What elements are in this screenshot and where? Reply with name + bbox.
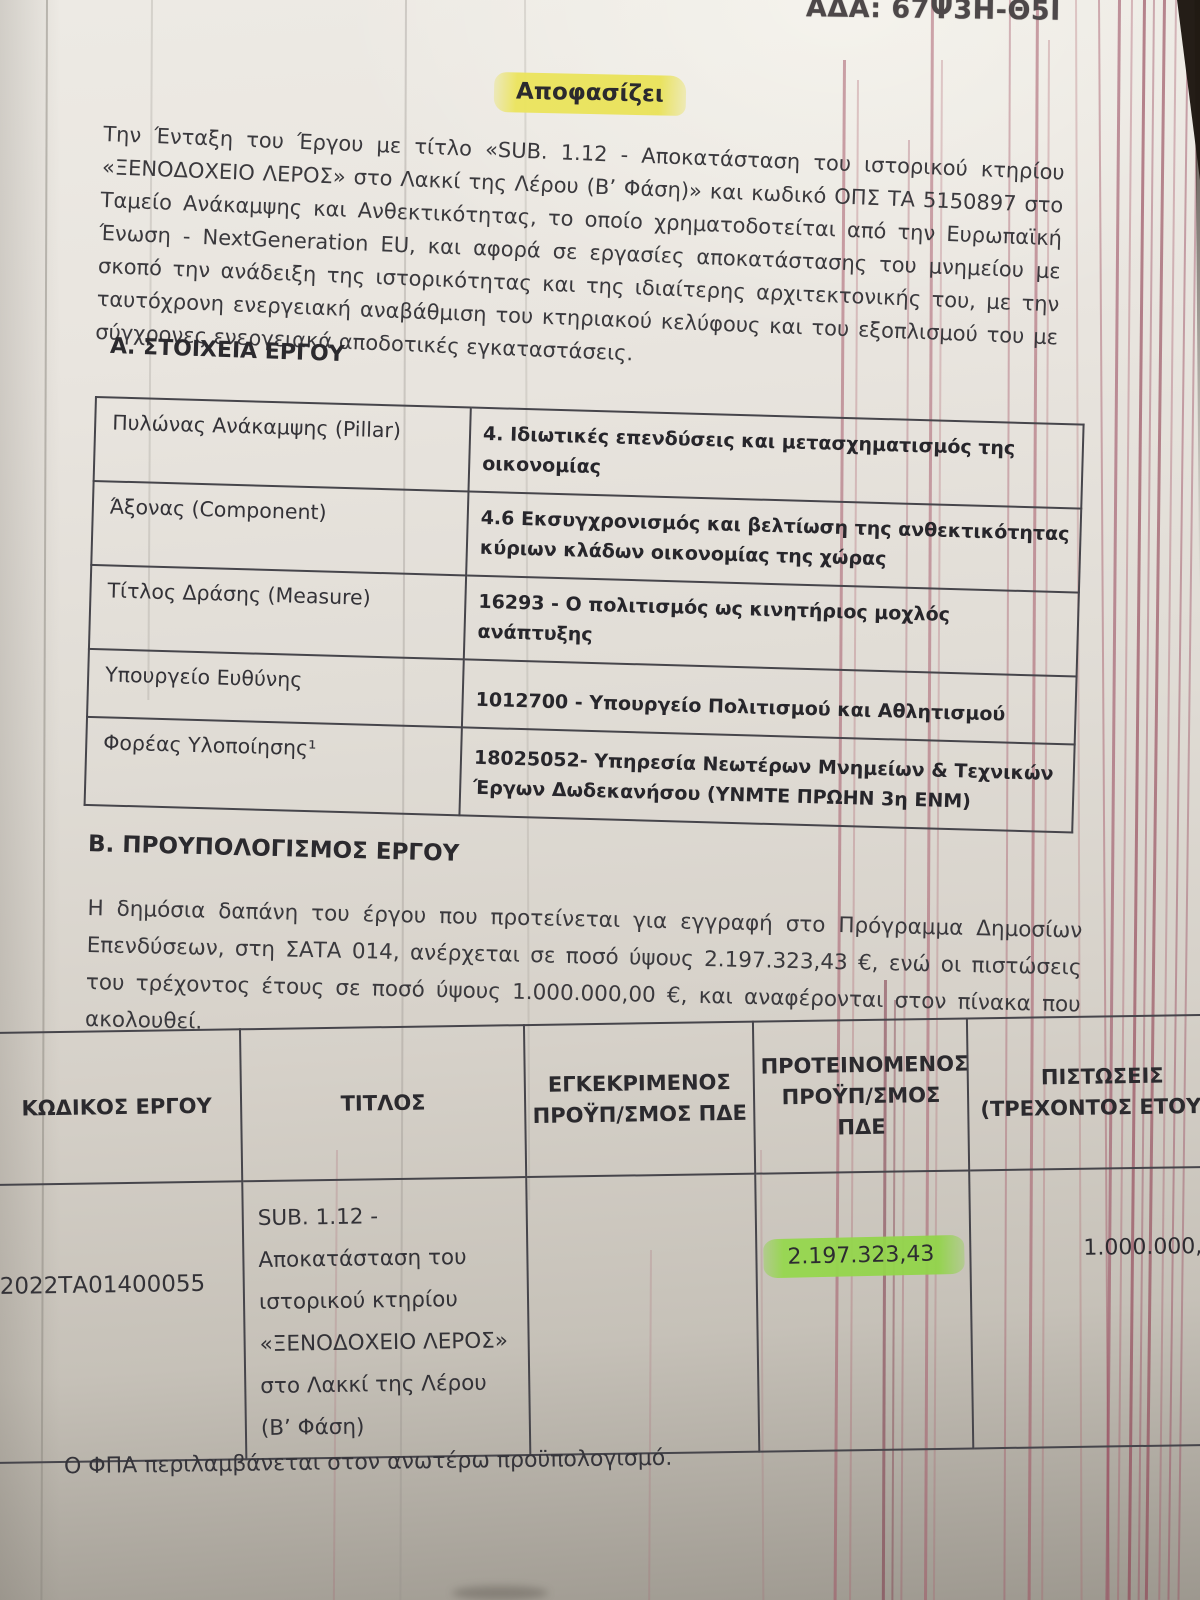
row-label: Υπουργείο Ευθύνης [87, 649, 464, 727]
credits-cell: 1.000.000,00 [969, 1166, 1200, 1448]
scanned-document-page: ΑΔΑ: 67Ψ3Η-Θ5Ι Αποφασίζει Την Ένταξη του… [0, 0, 1200, 1600]
approved-budget-cell [526, 1174, 759, 1455]
budget-table-header-row: ΚΩΔΙΚΟΣ ΕΡΓΟΥ ΤΙΤΛΟΣ ΕΓΚΕΚΡΙΜΕΝΟΣ ΠΡΟΫΠ/… [0, 1015, 1200, 1185]
decision-heading-row: Αποφασίζει [100, 57, 1081, 131]
row-label: Πυλώνας Ανάκαμψης (Pillar) [94, 397, 471, 491]
column-header: ΠΙΣΤΩΣΕΙΣ (ΤΡΕΧΟΝΤΟΣ ΕΤΟΥΣ) [967, 1015, 1200, 1171]
yellow-highlight: Αποφασίζει [494, 72, 687, 116]
budget-table: ΚΩΔΙΚΟΣ ΕΡΓΟΥ ΤΙΤΛΟΣ ΕΓΚΕΚΡΙΜΕΝΟΣ ΠΡΟΫΠ/… [0, 1014, 1200, 1464]
project-info-table: Πυλώνας Ανάκαμψης (Pillar) 4. Ιδιωτικές … [84, 396, 1085, 833]
ada-code: ΑΔΑ: 67Ψ3Η-Θ5Ι [806, 0, 1061, 27]
row-value: 18025052- Υπηρεσία Νεωτέρων Μνημείων & Τ… [459, 727, 1074, 832]
decision-heading: Αποφασίζει [516, 78, 664, 107]
budget-table-data-row: 2022ΤΑ01400055 SUB. 1.12 - Αποκατάσταση … [0, 1166, 1200, 1462]
project-title-cell: SUB. 1.12 - Αποκατάσταση του ιστορικού κ… [242, 1177, 530, 1459]
column-header: ΠΡΟΤΕΙΝΟΜΕΝΟΣ ΠΡΟΫΠ/ΣΜΟΣ ΠΔΕ [753, 1019, 969, 1174]
paper-edge-smudge [452, 1586, 548, 1600]
proposed-budget-value: 2.197.323,43 [787, 1242, 934, 1270]
row-label: Τίτλος Δράσης (Measure) [89, 565, 466, 659]
column-header: ΕΓΚΕΚΡΙΜΕΝΟΣ ΠΡΟΫΠ/ΣΜΟΣ ΠΔΕ [524, 1022, 755, 1177]
project-code-cell: 2022ΤΑ01400055 [0, 1181, 246, 1463]
proposed-budget-cell: 2.197.323,43 [755, 1170, 973, 1451]
row-label: Άξονας (Component) [91, 481, 468, 575]
section-b-heading: Β. ΠΡΟΥΠΟΛΟΓΙΣΜΟΣ ΕΡΓΟΥ [88, 831, 460, 867]
row-label: Φορέας Υλοποίησης¹ [85, 717, 462, 815]
column-header: ΚΩΔΙΚΟΣ ΕΡΓΟΥ [0, 1029, 242, 1185]
green-highlight: 2.197.323,43 [763, 1235, 965, 1278]
column-header: ΤΙΤΛΟΣ [240, 1025, 526, 1181]
